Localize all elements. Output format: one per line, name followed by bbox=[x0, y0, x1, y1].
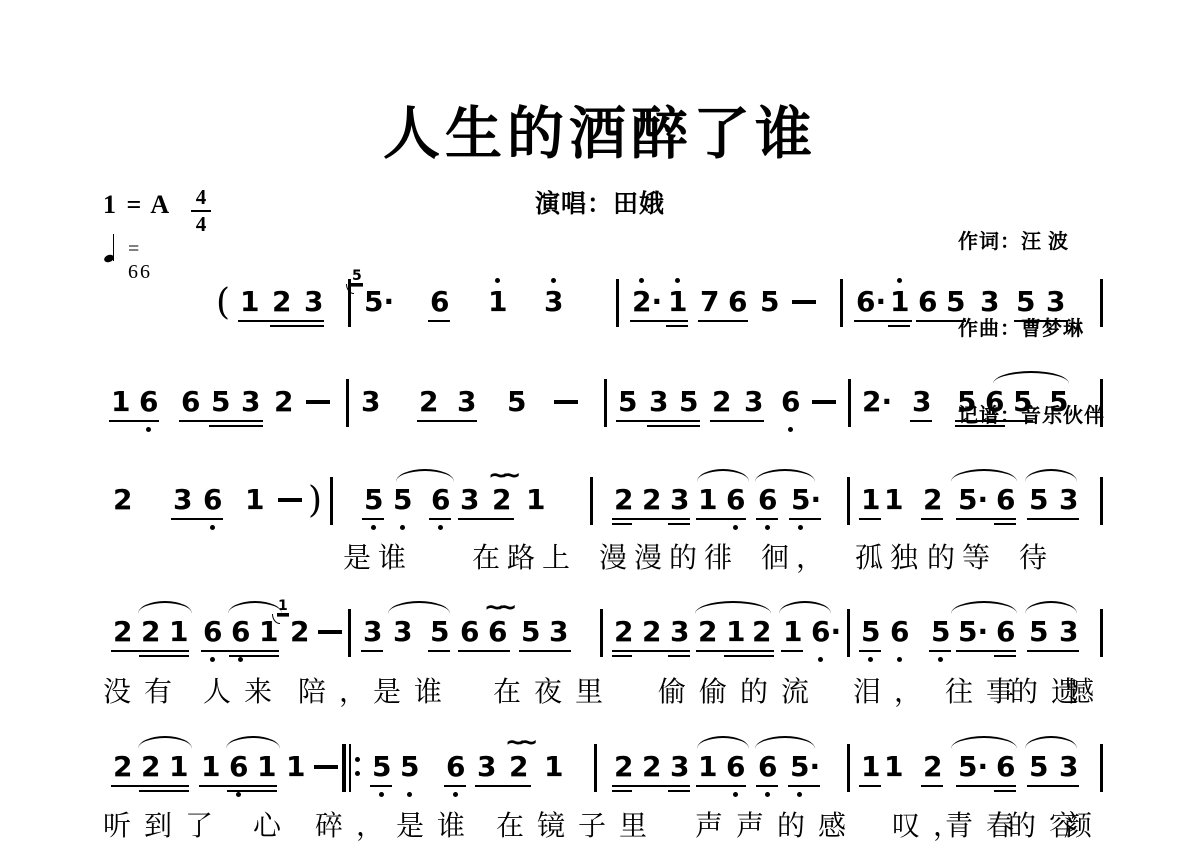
note: 2~~ bbox=[492, 486, 511, 514]
beam-underline bbox=[417, 420, 477, 422]
lyric-word: 孤独 bbox=[855, 536, 925, 576]
lyric-word: 泪， bbox=[853, 670, 935, 710]
beam-underline bbox=[724, 655, 774, 657]
barline bbox=[848, 379, 851, 427]
barline bbox=[1100, 609, 1103, 657]
octave-down-dot bbox=[379, 792, 384, 797]
barline bbox=[1100, 744, 1103, 792]
grace-note: 5 bbox=[351, 270, 363, 284]
beam-underline bbox=[698, 320, 748, 322]
lyric-word: 声声的感 bbox=[695, 804, 859, 844]
slur-arc bbox=[695, 601, 771, 616]
note: 6 bbox=[231, 618, 250, 646]
score: (1235·56132·17656·1653531665323235535236… bbox=[0, 0, 1200, 850]
barline bbox=[847, 477, 850, 525]
slur-arc bbox=[951, 469, 1017, 484]
note: 3 bbox=[361, 388, 380, 416]
note: 5 bbox=[507, 388, 526, 416]
slur-arc bbox=[1025, 736, 1077, 751]
note: 5 bbox=[679, 388, 698, 416]
repeat-thick-bar bbox=[342, 744, 346, 792]
beam-underline bbox=[921, 518, 943, 520]
note: 3 bbox=[1059, 753, 1078, 781]
beam-underline bbox=[929, 650, 951, 652]
beam-underline bbox=[429, 518, 451, 520]
note: 2 bbox=[113, 753, 132, 781]
note: 5 bbox=[393, 486, 412, 514]
note: 6 bbox=[918, 288, 937, 316]
slur-arc bbox=[138, 736, 192, 751]
octave-down-dot bbox=[236, 792, 241, 797]
octave-down-dot bbox=[798, 525, 803, 530]
beam-underline bbox=[199, 785, 277, 787]
beam-underline bbox=[859, 518, 881, 520]
slur-arc bbox=[228, 601, 282, 616]
note: 2 bbox=[642, 753, 661, 781]
octave-down-dot bbox=[733, 792, 738, 797]
note: 5· bbox=[791, 486, 821, 514]
barline bbox=[604, 379, 607, 427]
barline bbox=[1100, 379, 1103, 427]
beam-underline bbox=[209, 425, 263, 427]
note: 1 bbox=[544, 753, 563, 781]
note: 5 bbox=[1016, 288, 1035, 316]
beam-underline bbox=[1027, 650, 1079, 652]
octave-down-dot bbox=[897, 657, 902, 662]
note: 3 bbox=[241, 388, 260, 416]
beam-underline bbox=[921, 785, 943, 787]
note: 2 bbox=[141, 618, 160, 646]
note: 3 bbox=[980, 288, 999, 316]
parenthesis: ) bbox=[308, 481, 322, 521]
beam-underline bbox=[916, 320, 966, 322]
beam-underline bbox=[612, 523, 632, 525]
beam-underline bbox=[179, 420, 263, 422]
repeat-dot bbox=[355, 757, 360, 762]
beam-underline bbox=[1014, 320, 1066, 322]
note: 3 bbox=[670, 618, 689, 646]
note: 2 bbox=[712, 388, 731, 416]
beam-underline bbox=[458, 518, 514, 520]
slur-arc bbox=[755, 736, 815, 751]
octave-down-dot bbox=[765, 792, 770, 797]
note: 3 bbox=[744, 388, 763, 416]
note: 3 bbox=[1046, 288, 1065, 316]
note: 21 bbox=[290, 618, 309, 646]
note: 2 bbox=[113, 618, 132, 646]
beam-underline bbox=[630, 320, 688, 322]
beam-underline bbox=[238, 320, 324, 322]
note: 6 bbox=[996, 618, 1015, 646]
lyric-word: 漫漫的徘 bbox=[599, 536, 739, 576]
barline bbox=[330, 477, 333, 525]
lyric-word: 颜 bbox=[1064, 804, 1105, 844]
slur-arc bbox=[697, 736, 749, 751]
note: 6 bbox=[781, 388, 800, 416]
octave-up-dot bbox=[897, 278, 902, 283]
slur-arc bbox=[226, 736, 280, 751]
note: 6 bbox=[203, 486, 222, 514]
beam-underline bbox=[201, 650, 279, 652]
note: 5 bbox=[946, 288, 965, 316]
mordent-icon: ~~ bbox=[488, 461, 514, 489]
slur-arc bbox=[755, 469, 815, 484]
octave-down-dot bbox=[868, 657, 873, 662]
note: 6· bbox=[811, 618, 841, 646]
beam-underline bbox=[227, 790, 277, 792]
repeat-thin-bar bbox=[349, 744, 351, 792]
octave-down-dot bbox=[400, 525, 405, 530]
beam-underline bbox=[270, 325, 324, 327]
octave-up-dot bbox=[551, 278, 556, 283]
note: 6 bbox=[726, 753, 745, 781]
note: 5 bbox=[931, 618, 950, 646]
lyric-word: 心 bbox=[253, 804, 294, 844]
note: 5 bbox=[400, 753, 419, 781]
note: 6 bbox=[181, 388, 200, 416]
beam-underline bbox=[647, 425, 700, 427]
slur-arc bbox=[993, 371, 1069, 386]
note: 6 bbox=[203, 618, 222, 646]
dash-note bbox=[306, 400, 330, 404]
note: 1 bbox=[668, 288, 687, 316]
note: 2· bbox=[862, 388, 892, 416]
beam-underline bbox=[756, 518, 778, 520]
slur-arc bbox=[779, 601, 831, 616]
beam-underline bbox=[361, 650, 383, 652]
octave-down-dot bbox=[407, 792, 412, 797]
octave-down-dot bbox=[938, 657, 943, 662]
note: 6 bbox=[229, 753, 248, 781]
note: 2~~ bbox=[509, 753, 528, 781]
note: 6 bbox=[726, 486, 745, 514]
note: 3 bbox=[549, 618, 568, 646]
beam-underline bbox=[519, 650, 571, 652]
note: 1 bbox=[726, 618, 745, 646]
octave-down-dot bbox=[146, 427, 151, 432]
beam-underline bbox=[994, 523, 1016, 525]
octave-down-dot bbox=[210, 657, 215, 662]
note: 5 bbox=[1049, 388, 1068, 416]
beam-underline bbox=[428, 320, 450, 322]
note: 3 bbox=[670, 486, 689, 514]
beam-underline bbox=[781, 650, 803, 652]
score-line: 16653232355352362·35655 bbox=[0, 388, 1200, 448]
note: 2 bbox=[141, 753, 160, 781]
beam-underline bbox=[788, 785, 820, 787]
note: 3 bbox=[912, 388, 931, 416]
octave-down-dot bbox=[371, 525, 376, 530]
note: 1 bbox=[286, 753, 305, 781]
beam-underline bbox=[612, 790, 632, 792]
lyric-word: 是谁 bbox=[396, 804, 478, 844]
barline bbox=[1100, 279, 1103, 327]
beam-underline bbox=[458, 650, 510, 652]
octave-down-dot bbox=[797, 792, 802, 797]
note: 5 bbox=[521, 618, 540, 646]
score-line: (1235·56132·17656·165353 bbox=[0, 288, 1200, 348]
note: 1 bbox=[783, 618, 802, 646]
beam-underline bbox=[668, 523, 690, 525]
slur-arc bbox=[388, 601, 450, 616]
note: 6 bbox=[139, 388, 158, 416]
beam-underline bbox=[475, 785, 531, 787]
note: 5 bbox=[1029, 486, 1048, 514]
sheet-music-page: 人生的酒醉了谁 演唱：田娥 作词：汪 波 作曲：曹梦琳 记谱：音乐伙伴 1 = … bbox=[0, 0, 1200, 850]
beam-underline bbox=[994, 790, 1016, 792]
repeat-barline bbox=[342, 744, 364, 792]
octave-down-dot bbox=[733, 525, 738, 530]
note: 3 bbox=[460, 486, 479, 514]
beam-underline bbox=[710, 420, 764, 422]
beam-underline bbox=[696, 785, 746, 787]
note: 3 bbox=[1059, 486, 1078, 514]
barline bbox=[600, 609, 603, 657]
note: 1 bbox=[201, 753, 220, 781]
lyric-word: 是谁 bbox=[343, 536, 413, 576]
note: 3 bbox=[670, 753, 689, 781]
dash-note bbox=[554, 400, 578, 404]
lyric-word: 听到了 bbox=[103, 804, 226, 844]
note: 5 bbox=[618, 388, 637, 416]
note: 3 bbox=[477, 753, 496, 781]
note: 2 bbox=[642, 486, 661, 514]
note: 5· bbox=[958, 486, 988, 514]
beam-underline bbox=[859, 785, 881, 787]
lyric-word: 碎， bbox=[315, 804, 397, 844]
note: 5 bbox=[211, 388, 230, 416]
octave-down-dot bbox=[453, 792, 458, 797]
note: 2 bbox=[923, 753, 942, 781]
note: 2 bbox=[642, 618, 661, 646]
note: 5· bbox=[958, 618, 988, 646]
note: 6~~ bbox=[488, 618, 507, 646]
note: 1 bbox=[884, 753, 903, 781]
beam-underline bbox=[994, 655, 1016, 657]
lyric-word: 没有 bbox=[103, 670, 185, 710]
octave-down-dot bbox=[765, 525, 770, 530]
barline bbox=[847, 609, 850, 657]
note: 1 bbox=[861, 486, 880, 514]
slur-arc bbox=[1025, 469, 1077, 484]
note: 1 bbox=[245, 486, 264, 514]
note: 1 bbox=[169, 753, 188, 781]
note: 7 bbox=[700, 288, 719, 316]
note: 2 bbox=[923, 486, 942, 514]
dash-note bbox=[278, 498, 302, 502]
octave-down-dot bbox=[788, 427, 793, 432]
beam-underline bbox=[668, 790, 690, 792]
beam-underline bbox=[171, 518, 223, 520]
beam-underline bbox=[1027, 518, 1079, 520]
beam-underline bbox=[854, 320, 912, 322]
beam-underline bbox=[229, 655, 279, 657]
note: 6 bbox=[890, 618, 909, 646]
note: 5· bbox=[790, 753, 820, 781]
note: 6 bbox=[985, 388, 1004, 416]
beam-underline bbox=[139, 790, 189, 792]
note: 5 bbox=[760, 288, 779, 316]
mordent-icon: ~~ bbox=[484, 593, 510, 621]
note: 2 bbox=[614, 486, 633, 514]
note: 1 bbox=[240, 288, 259, 316]
beam-underline bbox=[955, 420, 1033, 422]
note: 2· bbox=[632, 288, 662, 316]
note: 2 bbox=[419, 388, 438, 416]
note: 2 bbox=[113, 486, 132, 514]
note: 5 bbox=[372, 753, 391, 781]
beam-underline bbox=[612, 650, 690, 652]
parenthesis: ( bbox=[216, 283, 230, 323]
lyric-word: 偷偷的流 bbox=[658, 670, 822, 710]
dash-note bbox=[314, 765, 338, 769]
beam-underline bbox=[1027, 785, 1079, 787]
lyric-word: 是谁 bbox=[373, 670, 455, 710]
note: 6 bbox=[728, 288, 747, 316]
beam-underline bbox=[666, 325, 688, 327]
beam-underline bbox=[696, 518, 746, 520]
note: 1 bbox=[169, 618, 188, 646]
note: 5· bbox=[958, 753, 988, 781]
note: 2 bbox=[614, 753, 633, 781]
note: 2 bbox=[274, 388, 293, 416]
barline bbox=[348, 609, 351, 657]
note: 5·5 bbox=[364, 288, 394, 316]
beam-underline bbox=[444, 785, 466, 787]
note: 6 bbox=[430, 288, 449, 316]
lyric-word: 徊， bbox=[761, 536, 831, 576]
beam-underline bbox=[109, 420, 159, 422]
lyric-word: 憾 bbox=[1066, 670, 1107, 710]
score-line: 2216612133566~~5322321216·5655·653 bbox=[0, 618, 1200, 678]
octave-down-dot bbox=[238, 657, 243, 662]
slur-arc bbox=[697, 469, 749, 484]
note: 1 bbox=[698, 486, 717, 514]
note: 6· bbox=[856, 288, 886, 316]
slur-arc bbox=[1025, 601, 1077, 616]
barline bbox=[616, 279, 619, 327]
note: 6 bbox=[996, 753, 1015, 781]
lyric-word: 的等 bbox=[927, 536, 997, 576]
note: 2 bbox=[272, 288, 291, 316]
note: 2 bbox=[614, 618, 633, 646]
octave-down-dot bbox=[438, 525, 443, 530]
slur-arc bbox=[951, 736, 1017, 751]
beam-underline bbox=[616, 420, 700, 422]
note: 2 bbox=[752, 618, 771, 646]
note: 1 bbox=[890, 288, 909, 316]
note: 3 bbox=[1059, 618, 1078, 646]
octave-up-dot bbox=[495, 278, 500, 283]
note: 1 bbox=[488, 288, 507, 316]
note: 5 bbox=[1029, 618, 1048, 646]
barline bbox=[1100, 477, 1103, 525]
note: 1 bbox=[257, 753, 276, 781]
note: 3 bbox=[544, 288, 563, 316]
slur-arc bbox=[951, 601, 1017, 616]
lyric-word: 人来 bbox=[203, 670, 285, 710]
note: 3 bbox=[457, 388, 476, 416]
beam-underline bbox=[668, 655, 690, 657]
note: 5 bbox=[430, 618, 449, 646]
note: 6 bbox=[758, 486, 777, 514]
barline bbox=[840, 279, 843, 327]
lyric-word: 在路上 bbox=[472, 536, 577, 576]
beam-underline bbox=[428, 650, 450, 652]
note: 1 bbox=[526, 486, 545, 514]
beam-underline bbox=[370, 785, 392, 787]
note: 1 bbox=[111, 388, 130, 416]
barline bbox=[590, 477, 593, 525]
note: 6 bbox=[446, 753, 465, 781]
beam-underline bbox=[956, 785, 1016, 787]
beam-underline bbox=[612, 655, 632, 657]
beam-underline bbox=[111, 785, 189, 787]
note: 5 bbox=[861, 618, 880, 646]
note: 3 bbox=[393, 618, 412, 646]
beam-underline bbox=[956, 650, 1016, 652]
barline bbox=[847, 744, 850, 792]
beam-underline bbox=[612, 518, 690, 520]
beam-underline bbox=[612, 785, 690, 787]
note: 1 bbox=[861, 753, 880, 781]
note: 2 bbox=[698, 618, 717, 646]
beam-underline bbox=[910, 420, 932, 422]
note: 1 bbox=[884, 486, 903, 514]
beam-underline bbox=[955, 425, 1005, 427]
octave-down-dot bbox=[818, 657, 823, 662]
lyric-word: 陪， bbox=[298, 670, 380, 710]
slur-arc bbox=[396, 469, 454, 484]
note: 5 bbox=[957, 388, 976, 416]
note: 5 bbox=[1013, 388, 1032, 416]
beam-underline bbox=[956, 518, 1016, 520]
note: 6 bbox=[460, 618, 479, 646]
barline bbox=[346, 379, 349, 427]
lyric-word: 在镜子里 bbox=[496, 804, 660, 844]
beam-underline bbox=[111, 650, 189, 652]
octave-up-dot bbox=[675, 278, 680, 283]
note: 5 bbox=[1029, 753, 1048, 781]
beam-underline bbox=[789, 518, 821, 520]
dash-note bbox=[812, 400, 836, 404]
dash-note bbox=[318, 630, 342, 634]
beam-underline bbox=[696, 650, 774, 652]
repeat-dot bbox=[355, 771, 360, 776]
note: 3 bbox=[649, 388, 668, 416]
note: 3 bbox=[173, 486, 192, 514]
note: 5 bbox=[364, 486, 383, 514]
barline bbox=[594, 744, 597, 792]
beam-underline bbox=[139, 655, 189, 657]
note: 6 bbox=[431, 486, 450, 514]
note: 1 bbox=[698, 753, 717, 781]
beam-underline bbox=[362, 518, 384, 520]
mordent-icon: ~~ bbox=[505, 728, 531, 756]
octave-up-dot bbox=[639, 278, 644, 283]
beam-underline bbox=[756, 785, 778, 787]
note: 6 bbox=[996, 486, 1015, 514]
note: 6 bbox=[758, 753, 777, 781]
lyric-word: 待 bbox=[1019, 536, 1054, 576]
note: 3 bbox=[363, 618, 382, 646]
dash-note bbox=[792, 300, 816, 304]
slur-arc bbox=[138, 601, 192, 616]
note: 3 bbox=[304, 288, 323, 316]
beam-underline bbox=[888, 325, 910, 327]
lyric-word: 在夜里 bbox=[493, 670, 616, 710]
octave-down-dot bbox=[210, 525, 215, 530]
